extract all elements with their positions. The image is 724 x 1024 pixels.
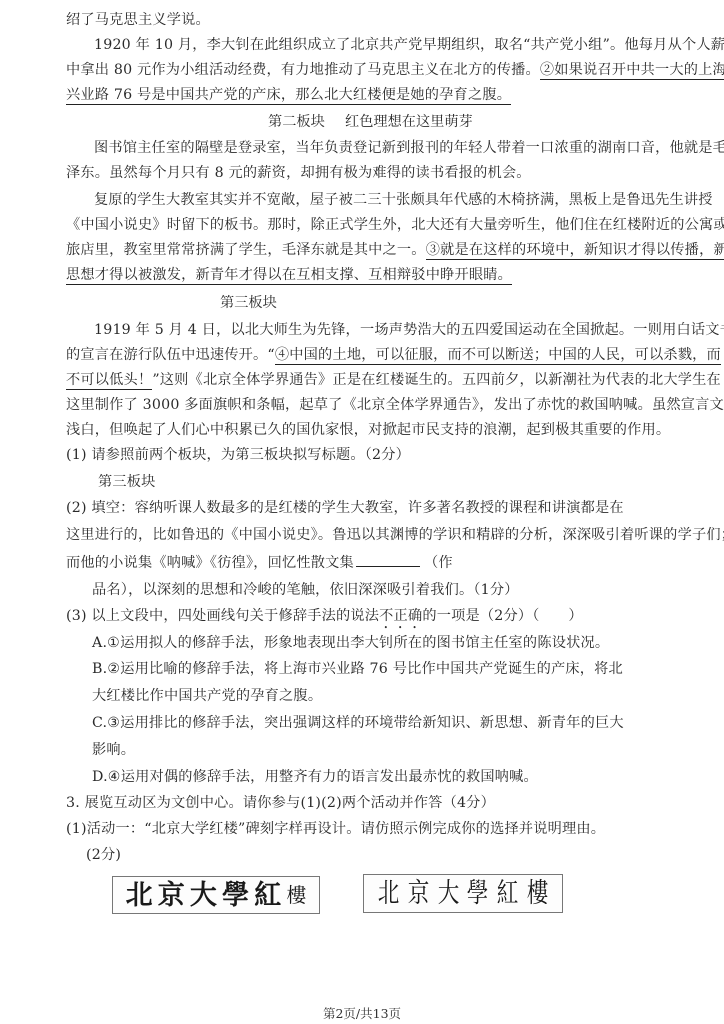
inscription-seal-script-box: 北 京 大 學 紅 樓	[363, 874, 563, 913]
question-1: (1) 请参照前两个板块，为第三板块拟写标题。（2分）	[66, 445, 410, 465]
emphasis-text: 不正确	[379, 608, 422, 624]
underlined-sentence-3-cont: 思想才得以被激发，新青年才得以在互相支撑、互相辩驳中睁开眼睛。	[66, 267, 512, 285]
text: (3) 以上文段中，四处画线句关于修辞手法的说法	[66, 608, 379, 624]
activity-1-points: (2分)	[86, 845, 121, 865]
question-2-line: 而他的小说集《呐喊》《彷徨》，回忆性散文集（作	[66, 552, 453, 573]
option-a[interactable]: A.①运用拟人的修辞手法，形象地表现出李大钊所在的图书馆主任室的陈设状况。	[92, 633, 609, 653]
question-3-main: 3. 展览互动区为文创中心。请你参与(1)(2)两个活动并作答（4分）	[66, 793, 495, 813]
option-c[interactable]: C.③运用排比的修辞手法，突出强调这样的环境带给新知识、新思想、新青年的巨大	[92, 713, 624, 733]
passage-line: 1920 年 10 月，李大钊在此组织成立了北京共产党早期组织，取名“共产党小组…	[66, 35, 724, 55]
section-2-subtitle: 红色理想在这里萌芽	[345, 112, 473, 132]
underlined-sentence-4: ④中国的土地，可以征服，而不可以断送；中国的人民，可以杀戮，而	[275, 347, 721, 365]
option-b[interactable]: B.②运用比喻的修辞手法，将上海市兴业路 76 号比作中国共产党诞生的产床，将北	[92, 659, 623, 679]
fill-in-blank[interactable]	[356, 552, 420, 567]
question-2-line: 这里进行的，比如鲁迅的《中国小说史》。鲁迅以其渊博的学识和精辟的分析，深深吸引着…	[66, 525, 724, 545]
question-3-stem: (3) 以上文段中，四处画线句关于修辞手法的说法不正确的一项是（2分）（ ）	[66, 606, 583, 632]
underlined-sentence-2: ②如果说召开中共一大的上海市	[540, 62, 724, 80]
question-2-line: 品名），以深刻的思想和冷峻的笔触，依旧深深吸引着我们。（1分）	[92, 580, 519, 600]
passage-line: 《中国小说史》时留下的板书。那时，除正式学生外，北大还有大量旁听生，他们住在红楼…	[66, 215, 724, 235]
activity-1: (1)活动一：“北京大学红楼”碑刻字样再设计。请仿照示例完成你的选择并说明理由。	[66, 819, 605, 839]
text: 1920 年 10 月，李大钊在此组织成立了北京共产党早期组织，取名“共产党小组…	[66, 37, 724, 53]
inscription-char: 紅	[497, 880, 519, 907]
text: 旅店里，教室里常常挤满了学生，毛泽东就是其中之一。	[66, 242, 426, 258]
question-2-line: (2) 填空：容纳听课人数最多的是红楼的学生大教室，许多著名教授的课程和讲演都是…	[66, 498, 624, 518]
passage-line: 思想才得以被激发，新青年才得以在互相支撑、互相辩驳中睁开眼睛。	[66, 265, 512, 285]
text: 复原的学生大教室其实并不宽敞，屋子被二三十张颇具年代感的木椅挤满，黑板上是鲁迅先…	[66, 192, 713, 208]
passage-line: 不可以低头！”这则《北京全体学界通告》正是在红楼诞生的。五四前夕，以新潮社为代表…	[66, 370, 721, 390]
question-1-answer-label: 第三板块	[98, 472, 156, 492]
option-d[interactable]: D.④运用对偶的修辞手法，用整齐有力的语言发出最赤忱的救国呐喊。	[92, 767, 538, 787]
passage-line: 绍了马克思主义学说。	[66, 10, 210, 30]
inscription-char: 京	[158, 882, 185, 909]
passage-line: 浅白，但唤起了人们心中积累已久的国仇家恨，对掀起市民支持的浪潮，起到极其重要的作…	[66, 420, 670, 440]
passage-line: 泽东。虽然每个月只有 8 元的薪资，却拥有极为难得的读书看报的机会。	[66, 163, 531, 183]
passage-line: 复原的学生大教室其实并不宽敞，屋子被二三十张颇具年代感的木椅挤满，黑板上是鲁迅先…	[66, 190, 713, 210]
inscription-char: 京	[408, 880, 430, 907]
text: 而他的小说集《呐喊》《彷徨》，回忆性散文集	[66, 555, 354, 571]
underlined-sentence-3: ③就是在这样的环境中，新知识才得以传播，新	[426, 242, 724, 260]
text: （作	[424, 555, 453, 571]
text: 1919 年 5 月 4 日，以北大师生为先锋，一场声势浩大的五四爱国运动在全国…	[66, 322, 724, 338]
inscription-char: 學	[467, 880, 489, 907]
text: 的一项是（2分）（ ）	[422, 608, 582, 624]
inscription-char: 北	[126, 882, 153, 909]
passage-line: 中拿出 80 元作为小组活动经费，有力地推动了马克思主义在北方的传播。②如果说召…	[66, 60, 724, 80]
passage-line: 1919 年 5 月 4 日，以北大师生为先锋，一场声势浩大的五四爱国运动在全国…	[66, 320, 724, 340]
inscription-char: 樓	[526, 880, 548, 907]
inscription-char: 北	[378, 880, 400, 907]
inscription-char: 大	[437, 880, 459, 907]
passage-line: 的宣言在游行队伍中迅速传开。“④中国的土地，可以征服，而不可以断送；中国的人民，…	[66, 345, 721, 365]
passage-line: 图书馆主任室的隔壁是登录室，当年负责登记新到报刊的年轻人带着一口浓重的湖南口音，…	[66, 138, 724, 158]
inscription-char: 紅	[254, 882, 281, 909]
option-c-cont: 影响。	[92, 740, 135, 760]
inscription-char: 學	[222, 882, 249, 909]
passage-line: 旅店里，教室里常常挤满了学生，毛泽东就是其中之一。③就是在这样的环境中，新知识才…	[66, 240, 724, 260]
text: ”这则《北京全体学界通告》正是在红楼诞生的。五四前夕，以新潮社为代表的北大学生在	[152, 372, 721, 388]
section-2-title: 第二板块	[268, 112, 325, 132]
passage-line: 这里制作了 3000 多面旗帜和条幅，起草了《北京全体学界通告》，发出了赤忱的救…	[66, 395, 724, 415]
underlined-sentence-4-cont: 不可以低头！	[66, 372, 152, 390]
text: 的宣言在游行队伍中迅速传开。“	[66, 347, 275, 363]
inscription-char: 樓	[286, 885, 306, 905]
page-number: 第2页/共13页	[0, 1004, 724, 1022]
passage-line: 兴业路 76 号是中国共产党的产床，那么北大红楼便是她的孕育之腹。	[66, 85, 511, 105]
section-3-title: 第三板块	[220, 293, 277, 313]
underlined-sentence-2-cont: 兴业路 76 号是中国共产党的产床，那么北大红楼便是她的孕育之腹。	[66, 87, 511, 105]
text: 中拿出 80 元作为小组活动经费，有力地推动了马克思主义在北方的传播。	[66, 62, 540, 78]
option-b-cont: 大红楼比作中国共产党的孕育之腹。	[92, 686, 322, 706]
text: 图书馆主任室的隔壁是登录室，当年负责登记新到报刊的年轻人带着一口浓重的湖南口音，…	[66, 140, 724, 156]
inscription-calligraphy-box: 北 京 大 學 紅 樓	[112, 876, 320, 914]
inscription-char: 大	[190, 882, 217, 909]
